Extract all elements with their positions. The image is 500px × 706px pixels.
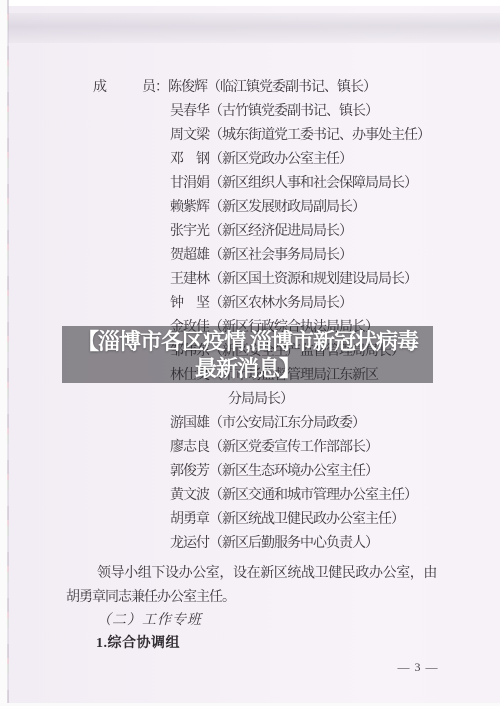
member-entry: 郭俊芳（新区生态环境办公室主任） (170, 464, 378, 479)
office-paragraph-line2: 胡勇章同志兼任办公室主任。 (66, 590, 235, 605)
member-entry: 吴春华（古竹镇党委副书记、镇长） (170, 104, 378, 119)
watermark-banner-line1: 【淄博市各区疫情,淄博市新冠状病毒 (77, 328, 418, 355)
member-entry: 游国雄（市公安局江东分局政委） (170, 416, 365, 431)
member-label-first: 成 (93, 80, 106, 95)
member-entry-continuation: 分局局长） (228, 392, 293, 407)
member-entry: 贺超雄（新区社会事务局局长） (170, 248, 352, 263)
member-entry: 甘涓娟（新区组织人事和社会保障局局长） (170, 176, 417, 191)
member-entry: 周文梁（城东街道党工委书记、办事处主任） (170, 128, 430, 143)
member-entry: 张宇光（新区经济促进局局长） (170, 224, 352, 239)
section-heading: （二）工作专班 (97, 613, 202, 628)
member-label-second: 员： (142, 80, 168, 95)
member-list-header-row: 成 员： 陈俊辉（临江镇党委副书记、镇长） (93, 80, 376, 95)
member-entry: 邓 钢（新区党政办公室主任） (170, 152, 352, 167)
member-entry: 胡勇章（新区统战卫健民政办公室主任） (170, 512, 404, 527)
member-entry: 龙运付（新区后勤服务中心负责人） (170, 536, 378, 551)
office-paragraph-line1: 领导小组下设办公室，设在新区统战卫健民政办公室，由 (97, 566, 437, 581)
watermark-banner-line2: 最新消息】 (195, 355, 300, 382)
watermark-banner-overlay: 【淄博市各区疫情,淄博市新冠状病毒 最新消息】 (62, 326, 433, 383)
member-entry: 陈俊辉（临江镇党委副书记、镇长） (168, 80, 376, 95)
scanned-document-screenshot: 成 员： 陈俊辉（临江镇党委副书记、镇长） 吴春华（古竹镇党委副书记、镇长） 周… (0, 0, 500, 706)
subsection-heading: 1.综合协调组 (96, 636, 180, 651)
member-entry: 廖志良（新区党委宣传工作部部长） (170, 440, 378, 455)
member-entry: 黄文波（新区交通和城市管理办公室主任） (170, 488, 417, 503)
member-entry: 赖紫辉（新区发展财政局副局长） (170, 200, 365, 215)
member-entry: 钟 坚（新区农林水务局局长） (170, 296, 352, 311)
member-entry: 王建林（新区国土资源和规划建设局局长） (170, 272, 417, 287)
page-number: — 3 — (388, 660, 448, 674)
